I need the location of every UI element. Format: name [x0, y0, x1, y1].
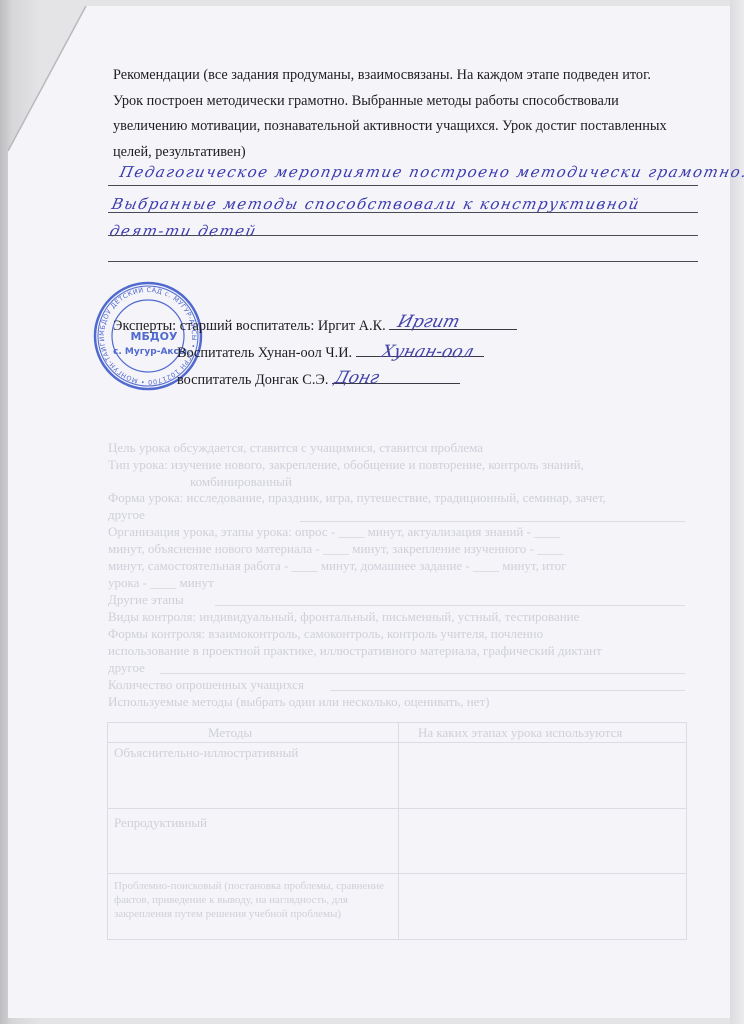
handwritten-line: деят-ти детей [108, 222, 259, 240]
ghost-line: другое [108, 660, 145, 676]
ghost-line: другое [108, 507, 145, 523]
ghost-line: минут, объяснение нового материала - ___… [108, 541, 563, 557]
ghost-line: Форма урока: исследование, праздник, игр… [108, 490, 606, 506]
expert-label: воспитатель Донгак С.Э. [177, 372, 328, 388]
signature-irgit: Иргит [395, 312, 462, 332]
ghost-methods-table: Методы На каких этапах урока используютс… [107, 722, 687, 940]
ghost-table-cell: Репродуктивный [114, 815, 207, 831]
ghost-line: Используемые методы (выбрать один или не… [108, 694, 489, 710]
ghost-line: комбинированный [190, 474, 292, 490]
svg-text:с. Мугур-Аксы: с. Мугур-Аксы [113, 347, 187, 357]
ghost-line: Количество опрошенных учащихся [108, 677, 304, 693]
ghost-table-header: Методы [208, 725, 252, 741]
ghost-line: Формы контроля: взаимоконтроль, самоконт… [108, 626, 543, 642]
ghost-line: использование в проектной практике, иллю… [108, 643, 602, 659]
recommendations-paragraph: Рекомендации (все задания продуманы, вза… [113, 63, 673, 165]
ghost-line: Цель урока обсуждается, ставится с учащи… [108, 440, 483, 456]
ghost-line: урока - ____ минут [108, 575, 214, 591]
writing-rule [108, 235, 698, 236]
ghost-line: Виды контроля: индивидуальный, фронтальн… [108, 609, 579, 625]
recommendations-line: целей, результативен) [113, 140, 673, 166]
recommendations-line: Урок построен методически грамотно. Выбр… [113, 89, 673, 115]
recommendations-line: Рекомендации (все задания продуманы, вза… [113, 63, 673, 89]
ghost-line: Организация урока, этапы урока: опрос - … [108, 524, 560, 540]
ghost-line: минут, самостоятельная работа - ____ мин… [108, 558, 566, 574]
writing-rule [108, 212, 698, 213]
expert-label: Эксперты: старший воспитатель: Иргит А.К… [113, 318, 386, 334]
ghost-table-header: На каких этапах урока используются [418, 725, 622, 741]
handwritten-line: Педагогическое мероприятие построено мет… [118, 163, 744, 181]
expert-label: Воспитатель Хунан-оол Ч.И. [177, 345, 352, 361]
signature-khunan-ool: Хунан-оол [379, 342, 476, 362]
ghost-line: Тип урока: изучение нового, закрепление,… [108, 457, 584, 473]
expert-row-3: воспитатель Донгак С.Э. [177, 372, 460, 389]
recommendations-line: увеличению мотивации, познавательной акт… [113, 114, 673, 140]
ghost-table-cell: Объяснительно-иллюстративный [114, 745, 298, 761]
writing-rule [108, 261, 698, 262]
handwritten-line: Выбранные методы способствовали к констр… [110, 195, 642, 213]
signature-dongak: Донг [332, 368, 381, 388]
ghost-table-cell: Проблемно-поисковый (постановка проблемы… [114, 879, 389, 921]
ghost-line: Другие этапы [108, 592, 184, 608]
writing-rule [108, 185, 698, 186]
